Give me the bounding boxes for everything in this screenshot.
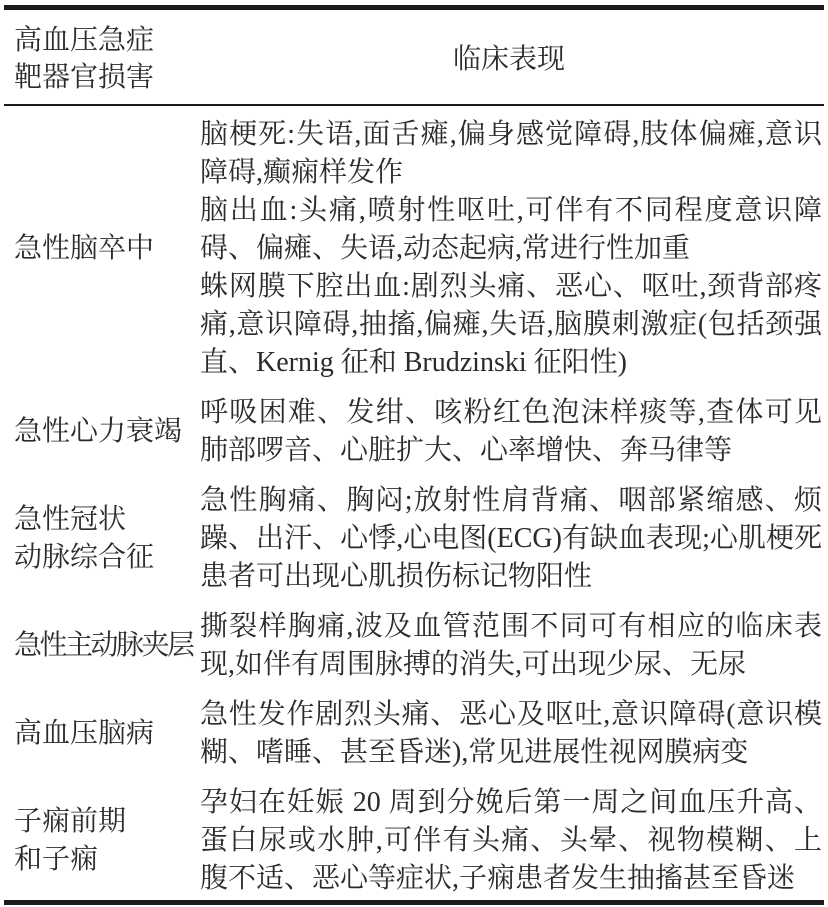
table-bottom-rule bbox=[4, 900, 824, 905]
header-organ-line2: 靶器官损害 bbox=[14, 59, 194, 96]
table-row-acute-aortic-dissection: 急性主动脉夹层 撕裂样胸痛,波及血管范围不同可有相应的临床表现,如伴有周围脉搏的… bbox=[4, 608, 824, 684]
table-row-preeclampsia-eclampsia: 子痫前期 和子痫 孕妇在妊娠 20 周到分娩后第一周之间血压升高、蛋白尿或水肿,… bbox=[4, 784, 824, 898]
organ-cell: 急性心力衰竭 bbox=[4, 394, 194, 470]
header-manifestation-cell: 临床表现 bbox=[194, 41, 824, 78]
scanned-medical-table: 高血压急症 靶器官损害 临床表现 急性脑卒中 脑梗死:失语,面舌瘫,偏身感觉障碍… bbox=[0, 0, 828, 907]
manifestation-cell: 呼吸困难、发绀、咳粉红色泡沫样痰等,查体可见肺部啰音、心脏扩大、心率增快、奔马律… bbox=[194, 394, 824, 470]
organ-label: 动脉综合征 bbox=[14, 539, 194, 577]
table-body: 急性脑卒中 脑梗死:失语,面舌瘫,偏身感觉障碍,肢体偏瘫,意识障碍,癫痫样发作 … bbox=[4, 106, 824, 898]
manifestation-cell: 孕妇在妊娠 20 周到分娩后第一周之间血压升高、蛋白尿或水肿,可伴有头痛、头晕、… bbox=[194, 784, 824, 898]
manifestation-text: 脑梗死:失语,面舌瘫,偏身感觉障碍,肢体偏瘫,意识障碍,癫痫样发作 bbox=[200, 116, 822, 192]
manifestation-text: 脑出血:头痛,喷射性呕吐,可伴有不同程度意识障碍、偏瘫、失语,动态起病,常进行性… bbox=[200, 192, 822, 268]
organ-label: 和子痫 bbox=[14, 841, 194, 879]
header-organ-cell: 高血压急症 靶器官损害 bbox=[4, 22, 194, 96]
header-organ-line1: 高血压急症 bbox=[14, 22, 194, 59]
manifestation-cell: 急性发作剧烈头痛、恶心及呕吐,意识障碍(意识模糊、嗜睡、甚至昏迷),常见进展性视… bbox=[194, 696, 824, 772]
organ-label: 急性主动脉夹层 bbox=[14, 627, 194, 665]
table-row-acute-stroke: 急性脑卒中 脑梗死:失语,面舌瘫,偏身感觉障碍,肢体偏瘫,意识障碍,癫痫样发作 … bbox=[4, 116, 824, 382]
organ-label: 子痫前期 bbox=[14, 803, 194, 841]
table-row-hypertensive-encephalopathy: 高血压脑病 急性发作剧烈头痛、恶心及呕吐,意识障碍(意识模糊、嗜睡、甚至昏迷),… bbox=[4, 696, 824, 772]
organ-label: 急性心力衰竭 bbox=[14, 413, 194, 451]
manifestation-cell: 撕裂样胸痛,波及血管范围不同可有相应的临床表现,如伴有周围脉搏的消失,可出现少尿… bbox=[194, 608, 824, 684]
organ-cell: 急性主动脉夹层 bbox=[4, 608, 194, 684]
manifestation-text: 呼吸困难、发绀、咳粉红色泡沫样痰等,查体可见肺部啰音、心脏扩大、心率增快、奔马律… bbox=[200, 394, 822, 470]
manifestation-text: 孕妇在妊娠 20 周到分娩后第一周之间血压升高、蛋白尿或水肿,可伴有头痛、头晕、… bbox=[200, 784, 822, 898]
manifestation-cell: 脑梗死:失语,面舌瘫,偏身感觉障碍,肢体偏瘫,意识障碍,癫痫样发作 脑出血:头痛… bbox=[194, 116, 824, 382]
organ-label: 急性冠状 bbox=[14, 501, 194, 539]
organ-cell: 高血压脑病 bbox=[4, 696, 194, 772]
organ-label: 高血压脑病 bbox=[14, 715, 194, 753]
table-header-row: 高血压急症 靶器官损害 临床表现 bbox=[4, 10, 824, 104]
manifestation-text: 蛛网膜下腔出血:剧烈头痛、恶心、呕吐,颈背部疼痛,意识障碍,抽搐,偏瘫,失语,脑… bbox=[200, 268, 822, 382]
organ-label: 急性脑卒中 bbox=[14, 230, 194, 268]
manifestation-text: 急性胸痛、胸闷;放射性肩背痛、咽部紧缩感、烦躁、出汗、心悸,心电图(ECG)有缺… bbox=[200, 482, 822, 596]
organ-cell: 急性冠状 动脉综合征 bbox=[4, 482, 194, 596]
table-row-acute-heart-failure: 急性心力衰竭 呼吸困难、发绀、咳粉红色泡沫样痰等,查体可见肺部啰音、心脏扩大、心… bbox=[4, 394, 824, 470]
manifestation-text: 急性发作剧烈头痛、恶心及呕吐,意识障碍(意识模糊、嗜睡、甚至昏迷),常见进展性视… bbox=[200, 696, 822, 772]
manifestation-cell: 急性胸痛、胸闷;放射性肩背痛、咽部紧缩感、烦躁、出汗、心悸,心电图(ECG)有缺… bbox=[194, 482, 824, 596]
table-row-acute-coronary-syndrome: 急性冠状 动脉综合征 急性胸痛、胸闷;放射性肩背痛、咽部紧缩感、烦躁、出汗、心悸… bbox=[4, 482, 824, 596]
manifestation-text: 撕裂样胸痛,波及血管范围不同可有相应的临床表现,如伴有周围脉搏的消失,可出现少尿… bbox=[200, 608, 822, 684]
organ-cell: 急性脑卒中 bbox=[4, 116, 194, 382]
organ-cell: 子痫前期 和子痫 bbox=[4, 784, 194, 898]
